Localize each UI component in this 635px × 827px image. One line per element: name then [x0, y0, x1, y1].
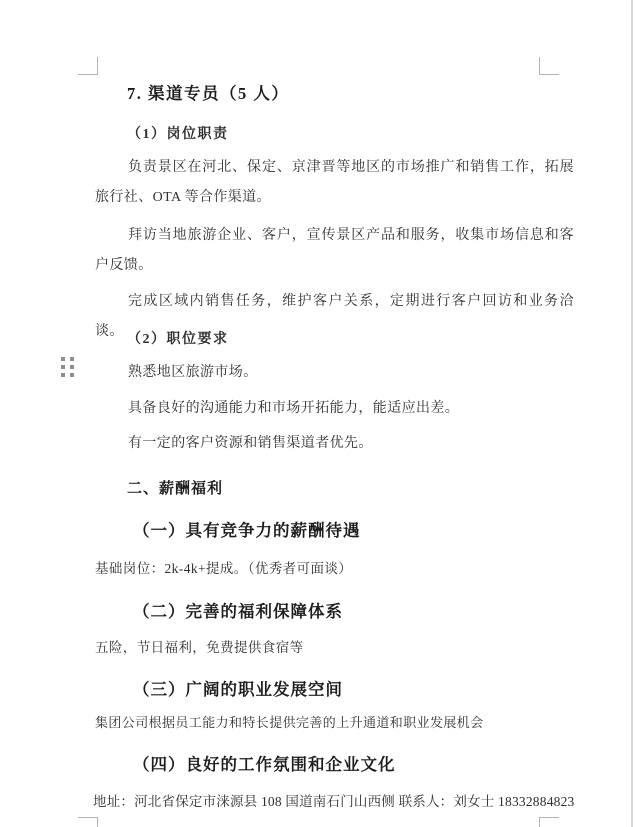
requirement-paragraph-2: 具备良好的沟通能力和市场开拓能力，能适应出差。 — [95, 394, 574, 424]
benefit-heading-culture: （四）良好的工作氛围和企业文化 — [133, 751, 396, 775]
paragraph-drag-handle-icon[interactable] — [61, 357, 74, 377]
text-boundary-corner-top-left — [78, 57, 98, 75]
benefit-heading-salary: （一）具有竞争力的薪酬待遇 — [133, 517, 361, 541]
text-boundary-corner-top-right — [539, 57, 559, 75]
text-boundary-corner-bottom-left — [78, 817, 98, 827]
page-right-edge-line — [631, 0, 633, 827]
duties-subheading: （1）岗位职责 — [127, 123, 229, 143]
duties-paragraph-1: 负责景区在河北、保定、京津晋等地区的市场推广和销售工作，拓展旅行社、OTA 等合… — [95, 153, 574, 213]
benefit-body-career-space: 集团公司根据员工能力和特长提供完善的上升通道和职业发展机会 — [95, 712, 484, 731]
document-page: 7. 渠道专员（5 人） （1）岗位职责 负责景区在河北、保定、京津晋等地区的市… — [0, 0, 635, 827]
duties-paragraph-2: 拜访当地旅游企业、客户，宣传景区产品和服务，收集市场信息和客户反馈。 — [95, 221, 574, 281]
benefit-heading-welfare-system: （二）完善的福利保障体系 — [133, 598, 343, 622]
footer-address-contact: 地址：河北省保定市涞源县 108 国道南石门山西侧 联系人：刘女士 183328… — [93, 790, 575, 810]
requirement-paragraph-3: 有一定的客户资源和销售渠道者优先。 — [95, 429, 574, 459]
benefit-body-welfare-system: 五险，节日福利，免费提供食宿等 — [95, 636, 304, 656]
welfare-section-heading: 二、薪酬福利 — [127, 477, 223, 498]
requirements-subheading: （2）职位要求 — [127, 328, 229, 348]
requirement-paragraph-1: 熟悉地区旅游市场。 — [95, 358, 574, 388]
text-boundary-corner-bottom-right — [539, 817, 559, 827]
benefit-body-salary: 基础岗位：2k-4k+提成。（优秀者可面谈） — [95, 557, 352, 577]
section-heading-channel-specialist: 7. 渠道专员（5 人） — [127, 80, 289, 104]
benefit-heading-career-space: （三）广阔的职业发展空间 — [133, 676, 343, 700]
